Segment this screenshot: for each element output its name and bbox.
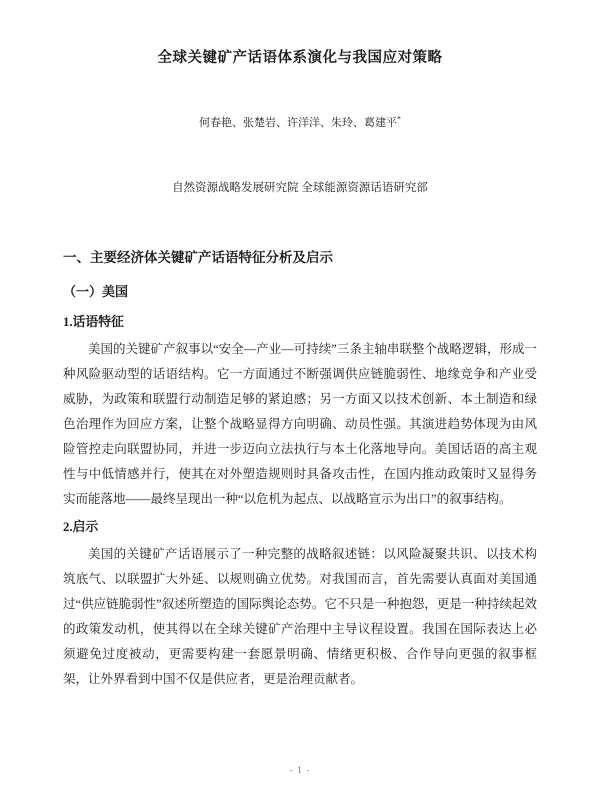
authors-text: 何春艳、张楚岩、许洋洋、朱玲、葛建平 (199, 117, 397, 129)
section-heading: 一、主要经济体关键矿产话语特征分析及启示 (63, 249, 537, 267)
page-number: - 1 - (0, 766, 600, 776)
part2-paragraph: 美国的关键矿产话语展示了一种完整的战略叙述链：以风险凝聚共识、以技术构筑底气、以… (63, 542, 537, 692)
part2-heading: 2.启示 (63, 519, 537, 536)
document-title: 全球关键矿产话语体系演化与我国应对策略 (63, 46, 537, 70)
part1-heading: 1.话语特征 (63, 314, 537, 331)
document-page: 全球关键矿产话语体系演化与我国应对策略 何春艳、张楚岩、许洋洋、朱玲、葛建平* … (0, 0, 600, 800)
part1-paragraph: 美国的关键矿产叙事以“安全—产业—可持续”三条主轴串联整个战略逻辑，形成一种风险… (63, 337, 537, 512)
author-line: 何春艳、张楚岩、许洋洋、朱玲、葛建平* (63, 115, 537, 131)
subsection-heading: （一）美国 (63, 283, 537, 300)
author-footnote-marker: * (397, 114, 401, 123)
affiliation-line: 自然资源战略发展研究院 全球能源资源话语研究部 (63, 180, 537, 197)
